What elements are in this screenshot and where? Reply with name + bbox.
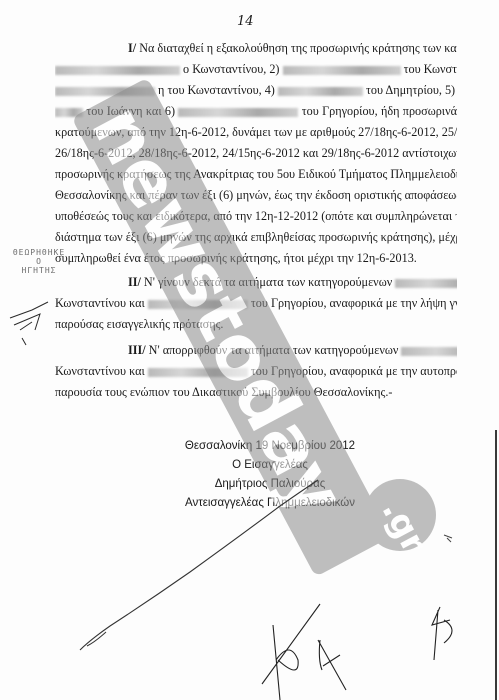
document-page: 14 I/ Να διαταχθεί η εξακολούθηση της πρ… xyxy=(0,0,499,700)
handwritten-signatures xyxy=(0,0,499,700)
